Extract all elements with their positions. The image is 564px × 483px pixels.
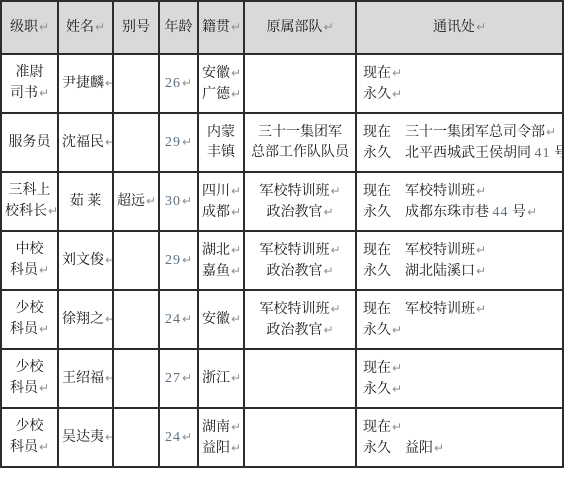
- cell-line: 29↵: [163, 132, 194, 153]
- cell-origin: 湖北↵嘉鱼↵: [198, 231, 244, 290]
- cell-name: 徐翔之↵: [58, 290, 113, 349]
- cell-line: 永久↵: [363, 379, 559, 400]
- table-header: 级职↵姓名↵别号年龄籍贯↵原属部队↵通讯处↵: [1, 1, 563, 54]
- cell-line: 永久 北平西城武王侯胡同 41 号↵: [363, 143, 559, 164]
- cell-line: 准尉: [5, 63, 54, 83]
- cell-age: 30↵: [159, 172, 198, 231]
- paragraph-mark-icon: ↵: [105, 312, 113, 326]
- cell-line: 现在 三十一集团军总司令部↵: [363, 122, 559, 143]
- number-text: 41: [535, 146, 551, 161]
- cell-line: 湖南↵: [202, 417, 240, 438]
- paragraph-mark-icon: ↵: [392, 361, 402, 375]
- cell-text: 丰镇: [207, 145, 235, 160]
- cell-text: 永久 湖北陆溪口: [363, 264, 475, 279]
- cell-text: 现在 军校特训班: [363, 184, 475, 199]
- cell-line: 军校特训班↵: [248, 181, 352, 202]
- cell-line: 少校: [5, 358, 54, 378]
- cell-line: 茹 莱: [62, 192, 109, 212]
- paragraph-mark-icon: ↵: [476, 264, 486, 278]
- paragraph-mark-icon: ↵: [39, 381, 49, 395]
- cell-line: 24↵: [163, 427, 194, 448]
- cell-line: 政治教官↵: [248, 202, 352, 223]
- cell-text: 中校: [16, 242, 44, 257]
- column-header-unit: 原属部队↵: [244, 1, 356, 54]
- paragraph-mark-icon: ↵: [330, 302, 340, 316]
- cell-line: 广德↵: [202, 84, 240, 105]
- cell-age: 24↵: [159, 408, 198, 467]
- cell-line: 四川↵: [202, 181, 240, 202]
- cell-text: 徐翔之: [62, 312, 104, 327]
- cell-text: 军校特训班: [259, 302, 329, 317]
- cell-address: 现在 军校特训班↵永久↵: [356, 290, 563, 349]
- cell-alias: [113, 290, 159, 349]
- cell-address: 现在 军校特训班↵永久 湖北陆溪口↵: [356, 231, 563, 290]
- cell-rank: 少校科员↵: [1, 290, 58, 349]
- paragraph-mark-icon: ↵: [231, 312, 241, 326]
- cell-text: 科员: [10, 263, 38, 278]
- cell-line: 现在 军校特训班↵: [363, 240, 559, 261]
- cell-line: 24↵: [163, 309, 194, 330]
- cell-rank: 服务员: [1, 113, 58, 172]
- cell-text: 别号: [122, 20, 150, 35]
- cell-line: 徐翔之↵: [62, 309, 109, 330]
- cell-text: 安徽: [202, 66, 230, 81]
- paragraph-mark-icon: ↵: [182, 312, 192, 326]
- cell-age: 24↵: [159, 290, 198, 349]
- cell-origin: 安徽↵: [198, 290, 244, 349]
- cell-line: 沈福民↵: [62, 132, 109, 153]
- paragraph-mark-icon: ↵: [39, 20, 49, 34]
- paragraph-mark-icon: ↵: [39, 440, 49, 454]
- cell-rank: 准尉司书↵: [1, 54, 58, 113]
- cell-name: 沈福民↵: [58, 113, 113, 172]
- cell-line: 军校特训班↵: [248, 240, 352, 261]
- cell-text: 政治教官: [266, 205, 322, 220]
- cell-text: 沈福民: [62, 135, 104, 150]
- paragraph-mark-icon: ↵: [231, 205, 241, 219]
- cell-text: 湖南: [202, 420, 230, 435]
- cell-name: 刘文俊↵: [58, 231, 113, 290]
- cell-line: 籍贯↵: [202, 17, 240, 38]
- cell-line: 原属部队↵: [248, 17, 352, 38]
- cell-line: 嘉鱼↵: [202, 261, 240, 282]
- cell-address: 现在↵永久↵: [356, 349, 563, 408]
- column-header-name: 姓名↵: [58, 1, 113, 54]
- paragraph-mark-icon: ↵: [95, 20, 105, 34]
- paragraph-mark-icon: ↵: [231, 243, 241, 257]
- paragraph-mark-icon: ↵: [39, 86, 49, 100]
- number-text: 29: [165, 253, 181, 268]
- cell-line: 26↵: [163, 73, 194, 94]
- cell-text: 年龄: [165, 20, 193, 35]
- cell-text: 政治教官: [266, 264, 322, 279]
- cell-text: 现在 军校特训班: [363, 243, 475, 258]
- cell-line: 内蒙: [202, 123, 240, 143]
- cell-unit: 军校特训班↵政治教官↵: [244, 231, 356, 290]
- cell-origin: 内蒙丰镇: [198, 113, 244, 172]
- cell-origin: 四川↵成都↵: [198, 172, 244, 231]
- cell-alias: [113, 54, 159, 113]
- cell-age: 29↵: [159, 113, 198, 172]
- number-text: 24: [165, 430, 181, 445]
- cell-unit: [244, 408, 356, 467]
- cell-line: 益阳↵: [202, 438, 240, 459]
- cell-line: 安徽↵: [202, 309, 240, 330]
- cell-text: 现在 军校特训班: [363, 302, 475, 317]
- number-text: 30: [165, 194, 181, 209]
- cell-line: 永久 湖北陆溪口↵: [363, 261, 559, 282]
- paragraph-mark-icon: ↵: [182, 76, 192, 90]
- cell-name: 吴达夷↵: [58, 408, 113, 467]
- table-row: 少校科员↵吴达夷↵24↵湖南↵益阳↵现在↵永久 益阳↵: [1, 408, 563, 467]
- cell-text: 现在 三十一集团军总司令部: [363, 125, 545, 140]
- paragraph-mark-icon: ↵: [231, 264, 241, 278]
- paragraph-mark-icon: ↵: [182, 430, 192, 444]
- cell-line: 永久 成都东珠市巷 44 号↵: [363, 202, 559, 223]
- cell-text: 原属部队: [266, 20, 322, 35]
- cell-text: 政治教官: [266, 323, 322, 338]
- cell-text: 服务员: [9, 135, 51, 150]
- paragraph-mark-icon: ↵: [231, 20, 241, 34]
- cell-text: 司书: [10, 86, 38, 101]
- cell-text: 永久: [363, 323, 391, 338]
- cell-address: 现在↵永久↵: [356, 54, 563, 113]
- cell-age: 29↵: [159, 231, 198, 290]
- cell-alias: [113, 231, 159, 290]
- number-text: 27: [165, 371, 181, 386]
- cell-text: 现在: [363, 361, 391, 376]
- table-row: 服务员沈福民↵29↵内蒙丰镇三十一集团军总部工作队队员现在 三十一集团军总司令部…: [1, 113, 563, 172]
- table-row: 少校科员↵王绍福↵27↵浙江↵现在↵永久↵: [1, 349, 563, 408]
- cell-line: 安徽↵: [202, 63, 240, 84]
- cell-alias: [113, 113, 159, 172]
- table-row: 三科上校科长↵茹 莱超远↵30↵四川↵成都↵军校特训班↵政治教官↵现在 军校特训…: [1, 172, 563, 231]
- paragraph-mark-icon: ↵: [105, 76, 113, 90]
- paragraph-mark-icon: ↵: [476, 20, 486, 34]
- cell-origin: 湖南↵益阳↵: [198, 408, 244, 467]
- cell-text: 王绍福: [62, 371, 104, 386]
- paragraph-mark-icon: ↵: [330, 243, 340, 257]
- cell-text: 科员: [10, 322, 38, 337]
- paragraph-mark-icon: ↵: [392, 66, 402, 80]
- number-text: 29: [165, 135, 181, 150]
- paragraph-mark-icon: ↵: [546, 125, 556, 139]
- column-header-age: 年龄: [159, 1, 198, 54]
- cell-line: 湖北↵: [202, 240, 240, 261]
- cell-line: 永久 益阳↵: [363, 438, 559, 459]
- paragraph-mark-icon: ↵: [392, 420, 402, 434]
- cell-line: 超远↵: [117, 191, 155, 212]
- cell-line: 校科长↵: [5, 201, 54, 222]
- paragraph-mark-icon: ↵: [39, 322, 49, 336]
- table-row: 准尉司书↵尹捷麟↵26↵安徽↵广德↵现在↵永久↵: [1, 54, 563, 113]
- cell-text: 永久: [363, 87, 391, 102]
- cell-text: 浙江: [202, 371, 230, 386]
- paragraph-mark-icon: ↵: [231, 66, 241, 80]
- number-text: 26: [165, 76, 181, 91]
- cell-text: 永久: [363, 382, 391, 397]
- cell-line: 现在↵: [363, 417, 559, 438]
- cell-line: 现在↵: [363, 63, 559, 84]
- cell-text: 茹 莱: [70, 194, 102, 209]
- cell-line: 浙江↵: [202, 368, 240, 389]
- cell-text: 超远: [117, 194, 145, 209]
- cell-line: 现在 军校特训班↵: [363, 181, 559, 202]
- cell-text: 永久 成都东珠市巷: [363, 205, 493, 220]
- cell-origin: 浙江↵: [198, 349, 244, 408]
- cell-line: 级职↵: [5, 17, 54, 38]
- paragraph-mark-icon: ↵: [105, 253, 113, 267]
- cell-text: 永久 益阳: [363, 441, 433, 456]
- cell-line: 中校: [5, 240, 54, 260]
- cell-text: 现在: [363, 66, 391, 81]
- cell-line: 27↵: [163, 368, 194, 389]
- cell-line: 服务员: [5, 133, 54, 153]
- paragraph-mark-icon: ↵: [231, 371, 241, 385]
- column-header-address: 通讯处↵: [356, 1, 563, 54]
- cell-rank: 少校科员↵: [1, 349, 58, 408]
- cell-address: 现在 三十一集团军总司令部↵永久 北平西城武王侯胡同 41 号↵: [356, 113, 563, 172]
- column-header-rank: 级职↵: [1, 1, 58, 54]
- cell-age: 26↵: [159, 54, 198, 113]
- column-header-alias: 别号: [113, 1, 159, 54]
- cell-rank: 少校科员↵: [1, 408, 58, 467]
- cell-text: 嘉鱼: [202, 264, 230, 279]
- cell-line: 司书↵: [5, 83, 54, 104]
- paragraph-mark-icon: ↵: [182, 253, 192, 267]
- cell-line: 尹捷麟↵: [62, 73, 109, 94]
- paragraph-mark-icon: ↵: [146, 194, 156, 208]
- cell-alias: [113, 408, 159, 467]
- paragraph-mark-icon: ↵: [182, 371, 192, 385]
- paragraph-mark-icon: ↵: [39, 263, 49, 277]
- paragraph-mark-icon: ↵: [392, 323, 402, 337]
- cell-text: 号: [551, 146, 564, 161]
- cell-line: 姓名↵: [62, 17, 109, 38]
- cell-text: 刘文俊: [62, 253, 104, 268]
- cell-text: 湖北: [202, 243, 230, 258]
- table-body: 准尉司书↵尹捷麟↵26↵安徽↵广德↵现在↵永久↵服务员沈福民↵29↵内蒙丰镇三十…: [1, 54, 563, 467]
- cell-text: 校科长: [5, 204, 47, 219]
- cell-text: 号: [509, 205, 527, 220]
- paragraph-mark-icon: ↵: [182, 194, 192, 208]
- number-text: 44: [493, 205, 509, 220]
- cell-text: 军校特训班: [259, 243, 329, 258]
- cell-text: 籍贯: [202, 20, 230, 35]
- cell-unit: 三十一集团军总部工作队队员: [244, 113, 356, 172]
- paragraph-mark-icon: ↵: [476, 243, 486, 257]
- cell-line: 科员↵: [5, 378, 54, 399]
- paragraph-mark-icon: ↵: [323, 323, 333, 337]
- cell-origin: 安徽↵广德↵: [198, 54, 244, 113]
- cell-line: 30↵: [163, 191, 194, 212]
- cell-unit: [244, 349, 356, 408]
- cell-unit: 军校特训班↵政治教官↵: [244, 290, 356, 349]
- cell-text: 科员: [10, 381, 38, 396]
- cell-text: 安徽: [202, 312, 230, 327]
- cell-text: 少校: [16, 301, 44, 316]
- cell-line: 成都↵: [202, 202, 240, 223]
- cell-line: 少校: [5, 299, 54, 319]
- paragraph-mark-icon: ↵: [323, 20, 333, 34]
- cell-text: 级职: [10, 20, 38, 35]
- cell-text: 内蒙: [207, 125, 235, 140]
- cell-rank: 中校科员↵: [1, 231, 58, 290]
- cell-line: 三科上: [5, 181, 54, 201]
- paragraph-mark-icon: ↵: [527, 205, 537, 219]
- paragraph-mark-icon: ↵: [392, 87, 402, 101]
- cell-unit: 军校特训班↵政治教官↵: [244, 172, 356, 231]
- paragraph-mark-icon: ↵: [476, 302, 486, 316]
- cell-unit: [244, 54, 356, 113]
- document-page: 级职↵姓名↵别号年龄籍贯↵原属部队↵通讯处↵ 准尉司书↵尹捷麟↵26↵安徽↵广德…: [0, 0, 564, 468]
- paragraph-mark-icon: ↵: [105, 371, 113, 385]
- cell-name: 茹 莱: [58, 172, 113, 231]
- cell-line: 吴达夷↵: [62, 427, 109, 448]
- paragraph-mark-icon: ↵: [231, 441, 241, 455]
- cell-text: 通讯处: [433, 20, 475, 35]
- cell-name: 尹捷麟↵: [58, 54, 113, 113]
- paragraph-mark-icon: ↵: [330, 184, 340, 198]
- cell-line: 刘文俊↵: [62, 250, 109, 271]
- cell-line: 军校特训班↵: [248, 299, 352, 320]
- paragraph-mark-icon: ↵: [231, 420, 241, 434]
- cell-line: 总部工作队队员: [248, 143, 352, 163]
- table-row: 少校科员↵徐翔之↵24↵安徽↵军校特训班↵政治教官↵现在 军校特训班↵永久↵: [1, 290, 563, 349]
- cell-text: 姓名: [66, 20, 94, 35]
- paragraph-mark-icon: ↵: [323, 264, 333, 278]
- cell-line: 政治教官↵: [248, 261, 352, 282]
- cell-address: 现在↵永久 益阳↵: [356, 408, 563, 467]
- table-row: 中校科员↵刘文俊↵29↵湖北↵嘉鱼↵军校特训班↵政治教官↵现在 军校特训班↵永久…: [1, 231, 563, 290]
- paragraph-mark-icon: ↵: [105, 430, 113, 444]
- cell-text: 吴达夷: [62, 430, 104, 445]
- cell-alias: 超远↵: [113, 172, 159, 231]
- cell-line: 三十一集团军: [248, 123, 352, 143]
- paragraph-mark-icon: ↵: [182, 135, 192, 149]
- cell-line: 29↵: [163, 250, 194, 271]
- paragraph-mark-icon: ↵: [323, 205, 333, 219]
- cell-line: 永久↵: [363, 84, 559, 105]
- cell-text: 三科上: [9, 183, 51, 198]
- paragraph-mark-icon: ↵: [392, 382, 402, 396]
- paragraph-mark-icon: ↵: [434, 441, 444, 455]
- cell-line: 科员↵: [5, 437, 54, 458]
- paragraph-mark-icon: ↵: [105, 135, 113, 149]
- cell-text: 四川: [202, 184, 230, 199]
- cell-text: 广德: [202, 87, 230, 102]
- cell-text: 少校: [16, 360, 44, 375]
- cell-line: 永久↵: [363, 320, 559, 341]
- cell-alias: [113, 349, 159, 408]
- cell-line: 科员↵: [5, 319, 54, 340]
- column-header-origin: 籍贯↵: [198, 1, 244, 54]
- cell-line: 少校: [5, 417, 54, 437]
- paragraph-mark-icon: ↵: [231, 87, 241, 101]
- cell-line: 年龄: [163, 18, 194, 38]
- cell-text: 尹捷麟: [62, 76, 104, 91]
- cell-text: 益阳: [202, 441, 230, 456]
- cell-text: 少校: [16, 419, 44, 434]
- cell-line: 丰镇: [202, 143, 240, 163]
- cell-text: 永久 北平西城武王侯胡同: [363, 146, 535, 161]
- header-row: 级职↵姓名↵别号年龄籍贯↵原属部队↵通讯处↵: [1, 1, 563, 54]
- cell-line: 政治教官↵: [248, 320, 352, 341]
- paragraph-mark-icon: ↵: [48, 204, 58, 218]
- cell-rank: 三科上校科长↵: [1, 172, 58, 231]
- cell-age: 27↵: [159, 349, 198, 408]
- cell-text: 现在: [363, 420, 391, 435]
- cell-line: 现在 军校特训班↵: [363, 299, 559, 320]
- cell-text: 总部工作队队员: [251, 145, 349, 160]
- cell-line: 王绍福↵: [62, 368, 109, 389]
- cell-text: 军校特训班: [259, 184, 329, 199]
- paragraph-mark-icon: ↵: [476, 184, 486, 198]
- cell-text: 成都: [202, 205, 230, 220]
- cell-text: 准尉: [16, 65, 44, 80]
- cell-line: 科员↵: [5, 260, 54, 281]
- roster-table: 级职↵姓名↵别号年龄籍贯↵原属部队↵通讯处↵ 准尉司书↵尹捷麟↵26↵安徽↵广德…: [0, 0, 564, 468]
- cell-line: 现在↵: [363, 358, 559, 379]
- paragraph-mark-icon: ↵: [231, 184, 241, 198]
- cell-address: 现在 军校特训班↵永久 成都东珠市巷 44 号↵: [356, 172, 563, 231]
- cell-text: 科员: [10, 440, 38, 455]
- cell-line: 别号: [117, 18, 155, 38]
- number-text: 24: [165, 312, 181, 327]
- cell-line: 通讯处↵: [360, 17, 559, 38]
- cell-text: 三十一集团军: [258, 125, 342, 140]
- cell-name: 王绍福↵: [58, 349, 113, 408]
